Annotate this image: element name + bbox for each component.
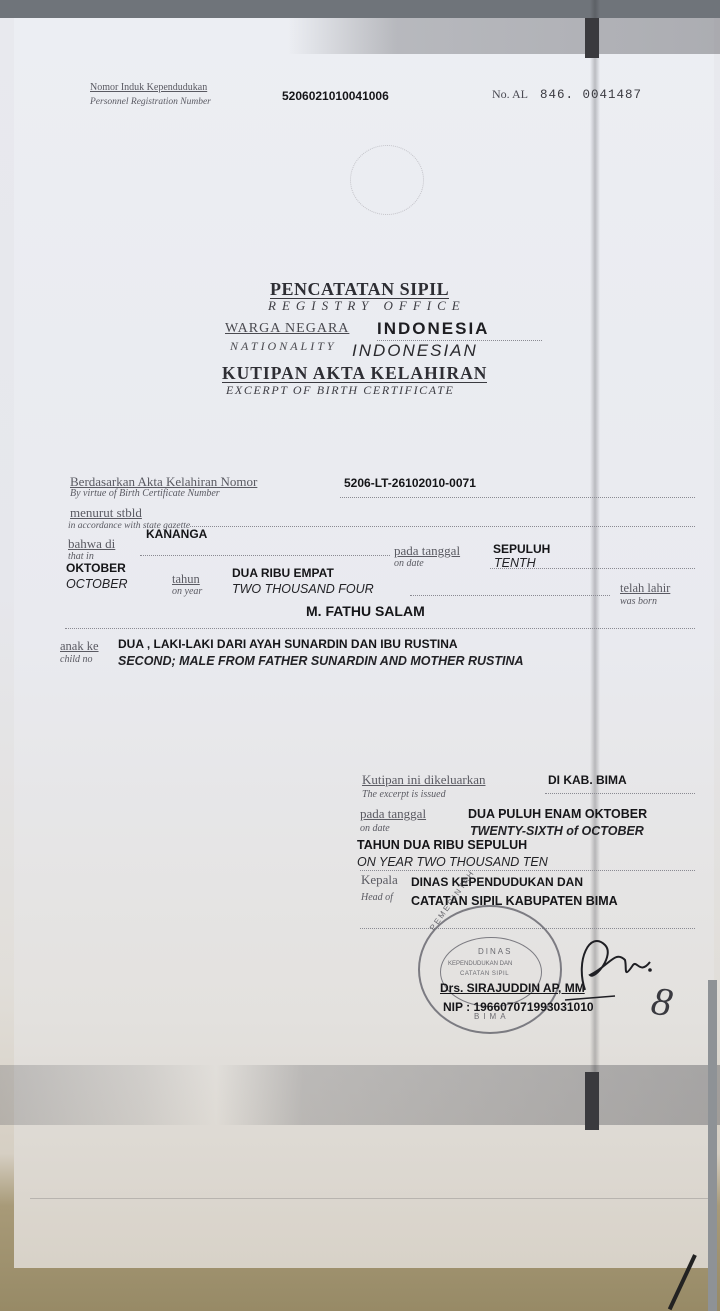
serial-number: 846. 0041487 xyxy=(540,88,642,102)
issued-place: DI KAB. BIMA xyxy=(548,774,627,787)
stamp-inner-line2: KEPENDUDUKAN DAN xyxy=(448,961,512,967)
month-value: OKTOBER xyxy=(66,562,126,575)
issued-label: Kutipan ini dikeluarkan xyxy=(362,774,485,786)
photo-top-shadow xyxy=(0,0,720,18)
signature-mark xyxy=(555,920,665,1020)
decorative-border-bottom xyxy=(0,1065,720,1125)
issue-year-value-en: ON YEAR TWO THOUSAND TEN xyxy=(357,856,548,869)
bottom-rule xyxy=(30,1198,710,1199)
issue-date-value: DUA PULUH ENAM OKTOBER xyxy=(468,808,647,821)
nationality-value: INDONESIA xyxy=(377,320,489,337)
born-label-en: was born xyxy=(620,597,657,607)
scrollbar[interactable] xyxy=(708,980,717,1311)
stamp-inner-line1: DINAS xyxy=(478,947,512,956)
child-no-label: anak ke xyxy=(60,640,99,652)
born-label: telah lahir xyxy=(620,582,670,594)
issue-year-value: TAHUN DUA RIBU SEPULUH xyxy=(357,839,527,852)
cert-number-value: 5206-LT-26102010-0071 xyxy=(344,477,476,490)
date-label: pada tanggal xyxy=(394,545,460,557)
nationality-value-en: INDONESIAN xyxy=(352,342,478,359)
decorative-border-top xyxy=(0,18,720,54)
issue-date-label-en: on date xyxy=(360,824,390,834)
cert-number-dots xyxy=(340,497,695,498)
nationality-label-en: NATIONALITY xyxy=(230,340,337,352)
child-value-en: SECOND; MALE FROM FATHER SUNARDIN AND MO… xyxy=(118,655,524,668)
day-value: SEPULUH xyxy=(493,543,550,556)
place-dots xyxy=(140,555,390,556)
day-dots xyxy=(490,568,695,569)
place-label: bahwa di xyxy=(68,538,115,550)
year-label: tahun xyxy=(172,573,200,585)
nik-value: 5206021010041006 xyxy=(282,90,389,103)
year-value: DUA RIBU EMPAT xyxy=(232,567,334,580)
name-dots xyxy=(65,628,695,629)
stbld-label: menurut stbld xyxy=(70,507,142,519)
issue-date-value-en: TWENTY-SIXTH of OCTOBER xyxy=(470,825,644,838)
year-label-en: on year xyxy=(172,587,202,597)
issued-dots xyxy=(545,793,695,794)
child-name: M. FATHU SALAM xyxy=(306,605,425,618)
office-title: PENCATATAN SIPIL xyxy=(270,280,449,299)
date-label-en: on date xyxy=(394,559,424,569)
serial-prefix: No. AL xyxy=(492,88,528,100)
head-label: Kepala xyxy=(361,874,398,886)
child-value: DUA , LAKI-LAKI DARI AYAH SUNARDIN DAN I… xyxy=(118,638,458,651)
cert-number-label-en: By virtue of Birth Certificate Number xyxy=(70,489,220,499)
nik-label: Nomor Induk Kependudukan xyxy=(90,82,207,94)
embossed-seal-faint xyxy=(350,145,424,215)
head-value-line1: DINAS KEPENDUDUKAN DAN xyxy=(411,876,583,889)
document-title: KUTIPAN AKTA KELAHIRAN xyxy=(222,364,487,383)
place-value: KANANGA xyxy=(146,528,207,541)
stamp-inner-line3: CATATAN SIPIL xyxy=(460,971,509,977)
head-label-en: Head of xyxy=(361,893,393,903)
nationality-label: WARGA NEGARA xyxy=(225,322,349,336)
official-stamp: PEMERINTAH DINAS KEPENDUDUKAN DAN CATATA… xyxy=(418,905,562,1034)
issue-date-label: pada tanggal xyxy=(360,808,426,820)
month-value-en: OCTOBER xyxy=(66,578,128,591)
fold-mark-bottom xyxy=(585,1072,599,1130)
fold-mark-top xyxy=(585,18,599,58)
office-title-en: REGISTRY OFFICE xyxy=(268,299,466,312)
document-title-en: EXCERPT OF BIRTH CERTIFICATE xyxy=(226,384,454,397)
issued-label-en: The excerpt is issued xyxy=(362,790,446,800)
issue-year-dots xyxy=(360,870,695,871)
year-value-en: TWO THOUSAND FOUR xyxy=(232,583,374,596)
nik-label-en: Personnel Registration Number xyxy=(90,97,211,107)
year-dots xyxy=(410,595,610,596)
cert-number-label: Berdasarkan Akta Kelahiran Nomor xyxy=(70,476,257,488)
stbld-dots xyxy=(190,526,695,527)
child-no-label-en: child no xyxy=(60,655,93,665)
